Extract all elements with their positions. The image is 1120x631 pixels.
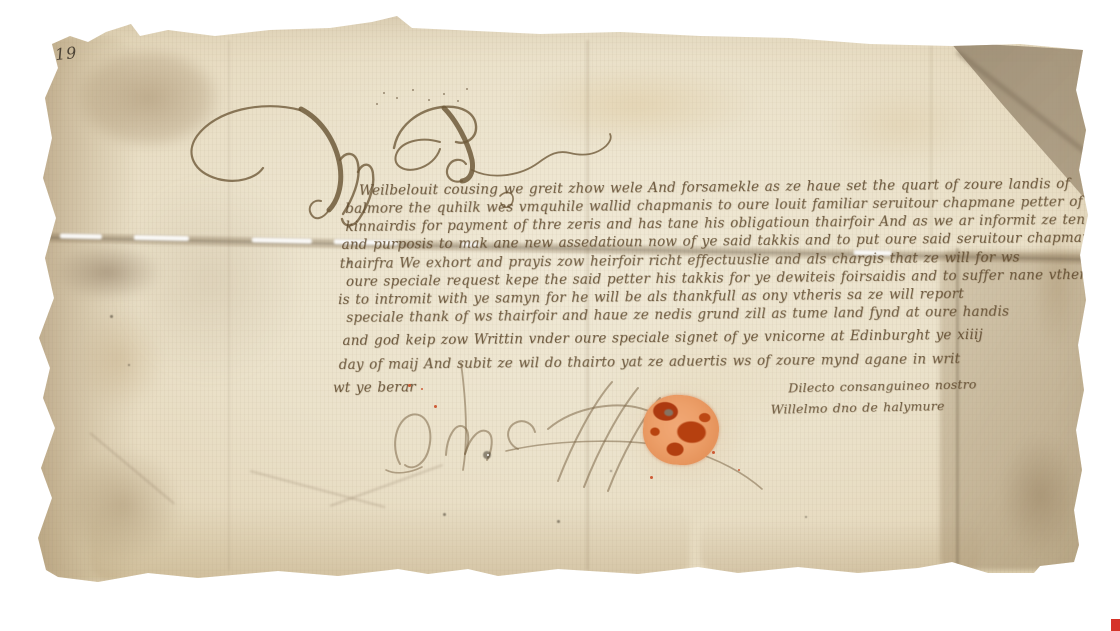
ink-spatter [376,103,378,105]
tear-hole [134,235,189,241]
folio-number: 19 [54,43,78,64]
stain-bottom-left-corner [48,430,198,580]
ink-speck [557,520,560,523]
stain-top-center [470,50,800,160]
stain-top-right-faint [800,70,1000,180]
photograph-background: 19 Weilbelouit cousing we greit zhow wel… [0,0,1120,631]
flourish-right-bowl [447,160,466,182]
ink-spatter [383,92,385,94]
signature-letter-m1 [446,426,468,455]
signature-lead-in [386,467,422,473]
manuscript-line: wt ye berar [333,380,443,396]
flourish-right-thick [444,108,473,181]
stain-bottom-right-core [990,420,1090,570]
tear-hole [252,237,312,243]
ink-speck [610,470,612,472]
flourish-thick-stem [301,109,341,210]
ink-speck [805,516,807,518]
stain-left-edge [36,36,136,581]
stain-bottom-band [90,505,690,580]
signature-tail [506,441,762,489]
wrinkle-line [89,432,175,504]
crease-diagonal-top-right [956,50,1091,157]
ink-spatter [428,99,430,101]
corner-red-mark [1111,619,1120,631]
flourish-right-upper-loop [394,107,476,148]
ink-spatter [457,100,459,102]
manuscript-line: and god keip zow Writtin vnder oure spec… [342,327,1042,349]
stain-top-left [48,28,248,168]
wax-speck [738,469,740,471]
wax-speck [712,451,715,454]
manuscript-line: speciale thank of ws thairfoir and haue … [346,304,1066,326]
flourish-big-loop [192,106,300,181]
ink-speck [110,315,113,318]
signature-letter-c [508,421,535,449]
ink-speck [443,513,446,516]
stain-mid-left [90,150,330,410]
stain-left-lower [62,292,177,427]
manuscript-paper: 19 Weilbelouit cousing we greit zhow wel… [0,0,1120,631]
wax-speck [650,476,653,479]
manuscript-line: day of maij And subit ze wil do thairto … [339,351,1029,373]
stain-below-fold-left [40,236,175,308]
ink-spatter [466,88,468,90]
wrinkle-line [250,470,386,508]
tear-hole [60,233,102,239]
stain-bottom-band-right [700,520,980,575]
seal-glint [664,409,673,417]
ink-spatter [412,89,414,91]
paper-hole-glint [487,454,489,456]
wrinkle-line [330,464,443,507]
ink-spatter [443,93,445,95]
crease-vertical-left [228,40,230,570]
flourish-h-foot [310,201,329,219]
flourish-long-tail [472,134,611,176]
flourish-right-left-loop [396,140,440,170]
signature-letter-a [395,414,430,467]
ink-speck [128,364,130,366]
manuscript-line: and purposis to mak ane new assedatioun … [342,231,1086,253]
ink-spatter [396,97,398,99]
